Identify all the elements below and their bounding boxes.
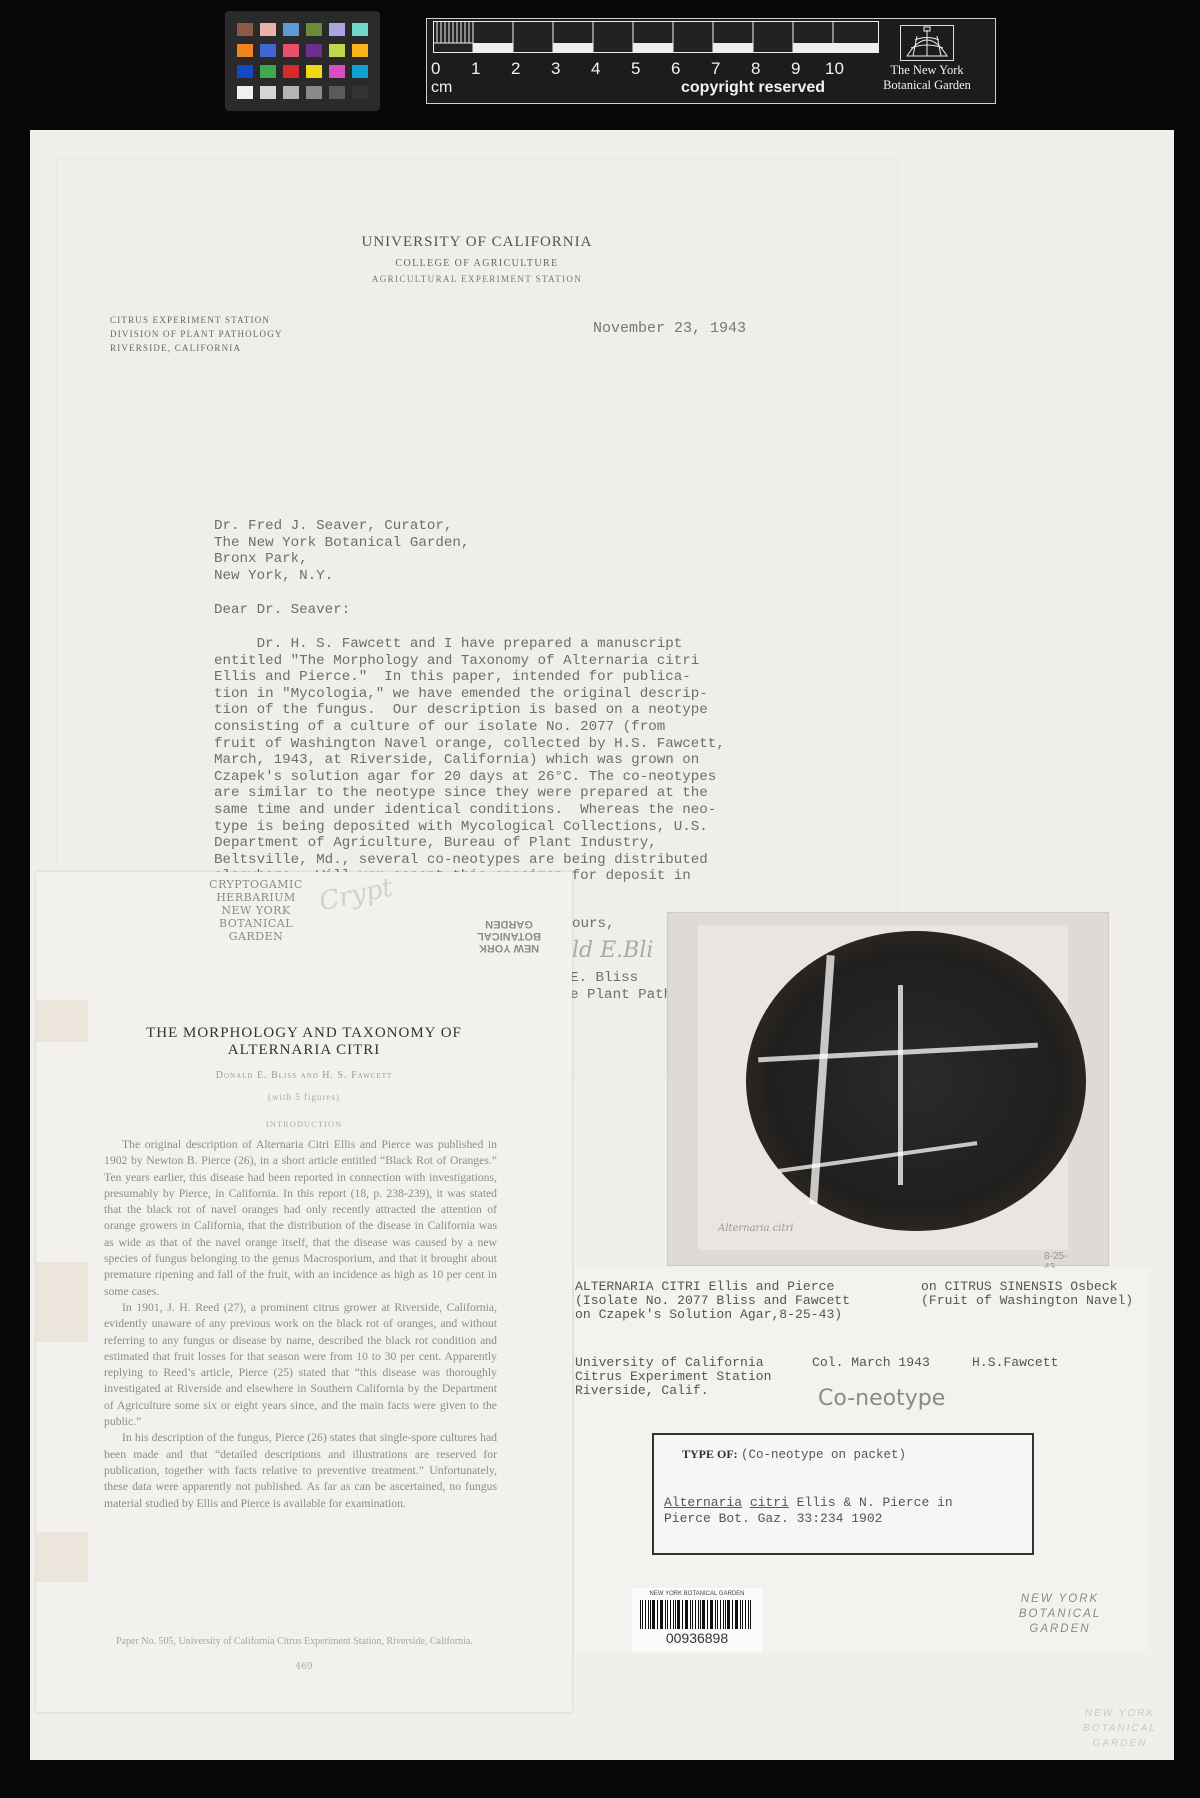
barcode-institution: NEW YORK BOTANICAL GARDEN (632, 1591, 762, 1597)
address-line: CITRUS EXPERIMENT STATION (110, 313, 283, 327)
reprint-tab (36, 1262, 88, 1342)
ruler-number: 1 (471, 59, 480, 79)
color-swatch (352, 23, 368, 36)
article-text: The original description of Alternaria C… (104, 1137, 497, 1512)
type-value: (Co-neotype on packet) (741, 1448, 906, 1462)
ruler-number: 10 (825, 59, 844, 79)
color-swatch (237, 23, 253, 36)
salutation: Dear Dr. Seaver: (214, 602, 350, 619)
ruler-scale-bar (433, 21, 879, 53)
color-swatch (352, 86, 368, 99)
page-number: 469 (36, 1662, 572, 1672)
color-swatch (260, 44, 276, 57)
ruler-number: 0 (431, 59, 440, 79)
packet-card: Alternaria citri 8-25-43 (698, 925, 1068, 1250)
color-swatch (283, 65, 299, 78)
letterhead-station: AGRICULTURAL EXPERIMENT STATION (57, 274, 897, 284)
packet-pencil-note: Alternaria citri (718, 1223, 793, 1234)
host-line: on CITRUS SINENSIS Osbeck (Fruit of Wash… (921, 1280, 1133, 1308)
color-swatch (306, 23, 322, 36)
color-swatch (283, 23, 299, 36)
paragraph: In 1901, J. H. Reed (27), a prominent ci… (104, 1300, 497, 1430)
handwritten-signature: ld E.Bli (572, 938, 653, 963)
color-swatch (306, 86, 322, 99)
section-heading: INTRODUCTION (36, 1119, 572, 1129)
ruler-number: 3 (551, 59, 560, 79)
color-swatch (352, 65, 368, 78)
color-swatch (237, 86, 253, 99)
ruler-numbers: 012345678910 (431, 59, 901, 83)
logo-line-2: Botanical Garden (867, 78, 987, 93)
color-swatch (329, 44, 345, 57)
address-line: DIVISION OF PLANT PATHOLOGY (110, 327, 283, 341)
title-line: ALTERNARIA CITRI (36, 1042, 572, 1059)
ruler-number: 2 (511, 59, 520, 79)
paragraph: The original description of Alternaria C… (104, 1137, 497, 1300)
authority: Ellis & N. Pierce in (789, 1495, 953, 1510)
reprint-tab (36, 1532, 88, 1582)
barcode-icon (640, 1600, 754, 1629)
barcode-number: 00936898 (632, 1630, 762, 1646)
type-reference: Alternaria citri Ellis & N. Pierce in Pi… (664, 1495, 953, 1527)
color-swatch (306, 44, 322, 57)
collector: H.S.Fawcett (972, 1356, 1058, 1370)
cryptogamic-herbarium-stamp: CRYPTOGAMIC HERBARIUM NEW YORK BOTANICAL… (186, 878, 326, 943)
ruler-unit: cm (431, 79, 452, 97)
conservatory-dome-icon (900, 25, 954, 61)
nybg-stamp-inverted: NEW YORK BOTANICAL GARDEN (464, 918, 554, 954)
color-swatch (260, 86, 276, 99)
color-swatch (237, 65, 253, 78)
barcode-label: NEW YORK BOTANICAL GARDEN 00936898 (632, 1588, 762, 1652)
color-swatch (283, 86, 299, 99)
logo-line-1: The New York (867, 63, 987, 78)
fungal-culture-specimen (746, 931, 1086, 1231)
handwritten-type-status: Co-neotype (818, 1386, 945, 1411)
publication: Pierce Bot. Gaz. 33:234 1902 (664, 1511, 882, 1526)
color-swatch (352, 44, 368, 57)
letter-body: Dr. H. S. Fawcett and I have prepared a … (214, 636, 725, 885)
type-of-label: TYPE OF: (Co-neotype on packet) Alternar… (652, 1433, 1034, 1555)
article-title: THE MORPHOLOGY AND TAXONOMY OF ALTERNARI… (36, 1025, 572, 1059)
nybg-stamp: NEW YORK BOTANICAL GARDEN (1010, 1592, 1110, 1637)
recipient-address: Dr. Fred J. Seaver, Curator, The New Yor… (214, 518, 469, 584)
copyright-notice: copyright reserved (681, 79, 825, 97)
color-swatch (329, 86, 345, 99)
article-authors: Donald E. Bliss and H. S. Fawcett (36, 1070, 572, 1081)
taxon-line: ALTERNARIA CITRI Ellis and Pierce (Isola… (575, 1280, 850, 1323)
letterhead-college: COLLEGE OF AGRICULTURE (57, 258, 897, 269)
type-key: TYPE OF: (682, 1447, 738, 1462)
article-reprint: CRYPTOGAMIC HERBARIUM NEW YORK BOTANICAL… (36, 872, 572, 1712)
specimen-packet: Alternaria citri 8-25-43 (667, 912, 1109, 1266)
collection-date: Col. March 1943 (812, 1356, 930, 1370)
color-checker-card (225, 11, 380, 111)
ruler-number: 7 (711, 59, 720, 79)
color-swatch (306, 65, 322, 78)
ruler-number: 8 (751, 59, 760, 79)
institution: University of California Citrus Experime… (575, 1356, 771, 1399)
color-swatch (329, 23, 345, 36)
pencil-annotation: Crypt (317, 873, 396, 918)
color-swatch (260, 23, 276, 36)
title-line: THE MORPHOLOGY AND TAXONOMY OF (36, 1025, 572, 1042)
paragraph: In his description of the fungus, Pierce… (104, 1430, 497, 1511)
color-swatch (283, 44, 299, 57)
ruler-number: 6 (671, 59, 680, 79)
nybg-logo: The New York Botanical Garden (867, 23, 987, 99)
letter-date: November 23, 1943 (593, 320, 746, 337)
color-swatch (329, 65, 345, 78)
footnote: Paper No. 505, University of California … (102, 1635, 502, 1648)
nybg-corner-stamp: NEW YORK BOTANICAL GARDEN (1070, 1706, 1170, 1751)
figure-note: (with 5 figures) (36, 1092, 572, 1102)
letterhead-university: UNIVERSITY OF CALIFORNIA (57, 234, 897, 251)
ruler-number: 9 (791, 59, 800, 79)
packet-glare (898, 985, 903, 1185)
genus: Alternaria (664, 1495, 742, 1510)
letter-closing: ours, (572, 916, 615, 933)
address-line: RIVERSIDE, CALIFORNIA (110, 341, 283, 355)
color-swatch (237, 44, 253, 57)
ruler-number: 5 (631, 59, 640, 79)
ruler-number: 4 (591, 59, 600, 79)
species: citri (750, 1495, 789, 1510)
sender-address: CITRUS EXPERIMENT STATION DIVISION OF PL… (110, 313, 283, 355)
scale-ruler: 012345678910 cm copyright reserved The N… (426, 18, 996, 104)
color-swatch (260, 65, 276, 78)
